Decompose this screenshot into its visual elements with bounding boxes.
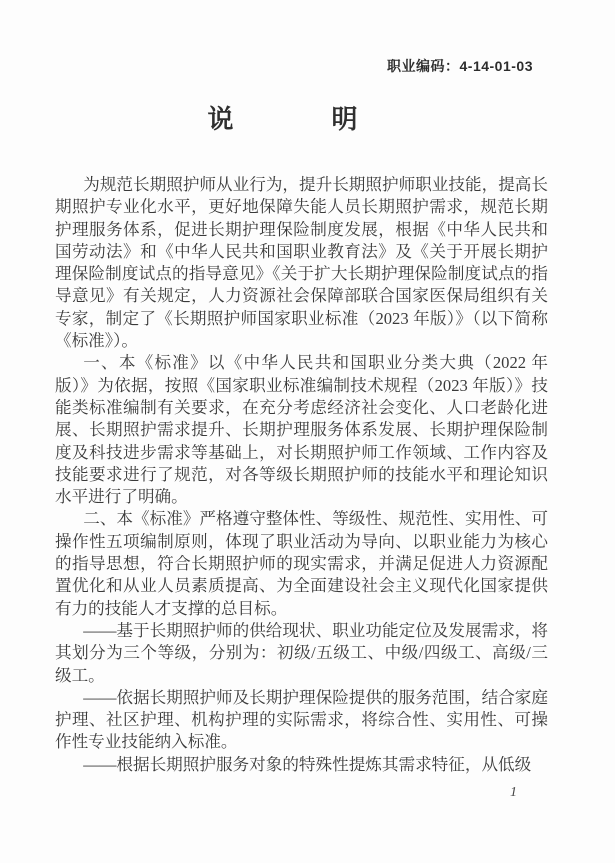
page-title-char-1: 说	[207, 104, 233, 134]
paragraph-section-1: 一、本《标准》以《中华人民共和国职业分类大典（2022 年版）》为依据，按照《国…	[55, 352, 548, 508]
document-body: 为规范长期照护师从业行为，提升长期照护师职业技能，提高长期照护专业化水平，更好地…	[55, 174, 548, 776]
paragraph-dash-features: ——根据长期照护服务对象的特殊性提炼其需求特征，从低级	[55, 754, 548, 776]
document-page: 职业编码：4-14-01-03 说 明 为规范长期照护师从业行为，提升长期照护师…	[0, 0, 615, 863]
page-title: 说 明	[36, 104, 529, 134]
occupation-code: 职业编码：4-14-01-03	[55, 56, 548, 76]
paragraph-section-2: 二、本《标准》严格遵守整体性、等级性、规范性、实用性、可操作性五项编制原则，体现…	[55, 508, 548, 619]
paragraph-dash-scope: ——依据长期照护师及长期护理保险提供的服务范围，结合家庭护理、社区护理、机构护理…	[55, 687, 548, 754]
paragraph-intro: 为规范长期照护师从业行为，提升长期照护师职业技能，提高长期照护专业化水平，更好地…	[55, 174, 548, 352]
page-number: 1	[510, 785, 517, 801]
page-title-char-2: 明	[332, 104, 358, 134]
paragraph-dash-levels: ——基于长期照护师的供给现状、职业功能定位及发展需求，将其划分为三个等级，分别为…	[55, 620, 548, 687]
